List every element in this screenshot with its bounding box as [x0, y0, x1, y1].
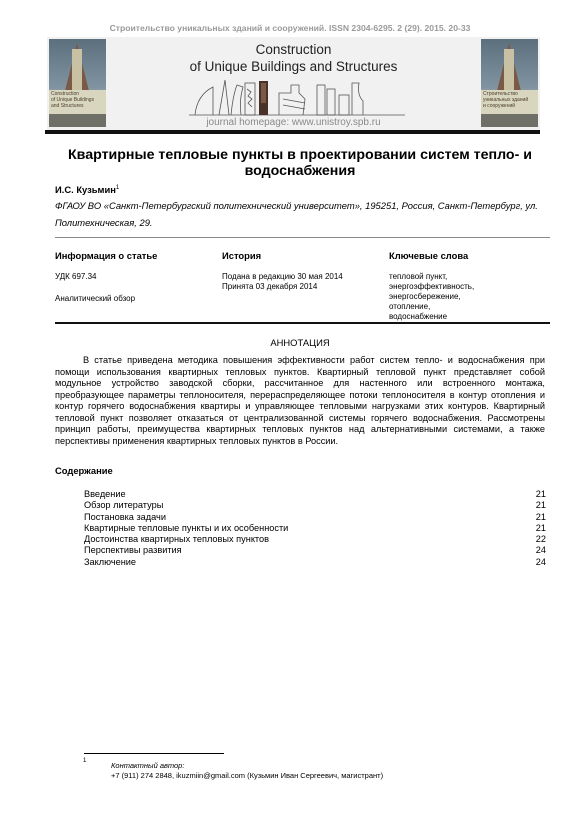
keyword: энергоэффективность,	[389, 282, 474, 292]
banner-divider	[45, 130, 540, 134]
abstract-heading: АННОТАЦИЯ	[0, 337, 580, 348]
history-list: Подана в редакцию 30 мая 2014 Принята 03…	[222, 272, 343, 292]
author-name: И.С. Кузьмин1	[55, 184, 119, 195]
journal-homepage-link[interactable]: journal homepage: www.unistroy.spb.ru	[47, 117, 540, 128]
toc-heading: Содержание	[55, 465, 113, 476]
running-head: Строительство уникальных зданий и сооруж…	[0, 23, 580, 33]
keywords-heading: Ключевые слова	[389, 250, 468, 261]
abstract-text: В статье приведена методика повышения эф…	[55, 355, 545, 447]
footnote-contact: +7 (911) 274 2848, ikuzmiin@gmail.com (К…	[111, 771, 383, 780]
keyword: отопление,	[389, 302, 474, 312]
keywords-list: тепловой пункт, энергоэффективность, эне…	[389, 272, 474, 322]
footnote-label: Контактный автор:	[111, 761, 184, 770]
article-type: Аналитический обзор	[55, 294, 135, 304]
toc-item[interactable]: Постановка задачи21	[84, 512, 546, 523]
history-heading: История	[222, 250, 261, 261]
right-cover-image: Строительство уникальных зданий и сооруж…	[481, 39, 538, 127]
article-info-heading: Информация о статье	[55, 250, 157, 261]
keyword: энергосбережение,	[389, 292, 474, 302]
udc-code: УДК 697.34	[55, 272, 97, 282]
toc-item[interactable]: Заключение24	[84, 557, 546, 568]
toc-item[interactable]: Квартирные тепловые пункты и их особенно…	[84, 523, 546, 534]
toc-item[interactable]: Обзор литературы21	[84, 500, 546, 511]
toc-item[interactable]: Введение21	[84, 489, 546, 500]
accepted-date: Принята 03 декабря 2014	[222, 282, 343, 292]
submitted-date: Подана в редакцию 30 мая 2014	[222, 272, 343, 282]
author-affiliation: ФГАОУ ВО «Санкт-Петербургский политехнич…	[55, 198, 555, 231]
keyword: водоснабжение	[389, 312, 474, 322]
journal-banner: Construction of Unique Buildings and Str…	[47, 37, 540, 130]
journal-name: Construction of Unique Buildings and Str…	[47, 42, 540, 75]
footnote-divider	[84, 753, 224, 754]
toc-item[interactable]: Достоинства квартирных тепловых пунктов2…	[84, 534, 546, 545]
toc-item[interactable]: Перспективы развития24	[84, 545, 546, 556]
divider	[55, 322, 550, 324]
footnote-mark[interactable]: 1	[116, 185, 119, 191]
divider	[55, 237, 550, 238]
footnote-number: 1	[83, 758, 86, 764]
skyline-logo-icon	[187, 75, 407, 118]
table-of-contents: Введение21 Обзор литературы21 Постановка…	[84, 489, 546, 568]
article-title: Квартирные тепловые пункты в проектирова…	[40, 147, 560, 179]
keyword: тепловой пункт,	[389, 272, 474, 282]
